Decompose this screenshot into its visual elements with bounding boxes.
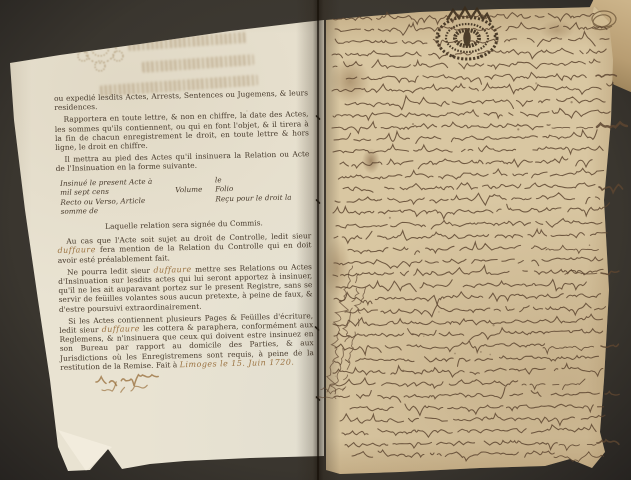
margin-amount [605, 392, 619, 396]
binding-gutter [296, 0, 340, 480]
printed-text-block: ou expedié lesdits Actes, Arrests, Sente… [54, 88, 314, 375]
paragraph: Au cas que l'Acte soit sujet au droit de… [57, 231, 312, 264]
paragraph: Si les Actes contiennent plusieurs Pages… [59, 311, 314, 372]
centered-line: Laquelle relation sera signée du Commis. [57, 217, 311, 232]
paragraph: ou expedié lesdits Actes, Arrests, Sente… [54, 88, 308, 112]
ghost-show-through-line [128, 32, 246, 51]
paragraph: Il mettra au pied des Actes qu'il insinu… [55, 149, 309, 173]
faded-floral-ornament-stamp [70, 20, 132, 78]
ghost-show-through-line [142, 54, 254, 73]
form-cell: somme de [61, 205, 176, 217]
paragraph: Ne pourra ledit sieur duffaure mettre se… [58, 262, 313, 314]
ink-stain [362, 148, 380, 174]
paragraph: Rapportera en toute lettre, & non en chi… [54, 110, 309, 153]
insinuation-form-block: Insinué le present Acte à le mil sept ce… [60, 173, 311, 217]
ink-stain [540, 20, 574, 40]
book-scan: ou expedié lesdits Actes, Arrests, Sente… [0, 0, 631, 480]
handwritten-place-date: Limoges le 15. Juin 1720. [180, 357, 295, 369]
